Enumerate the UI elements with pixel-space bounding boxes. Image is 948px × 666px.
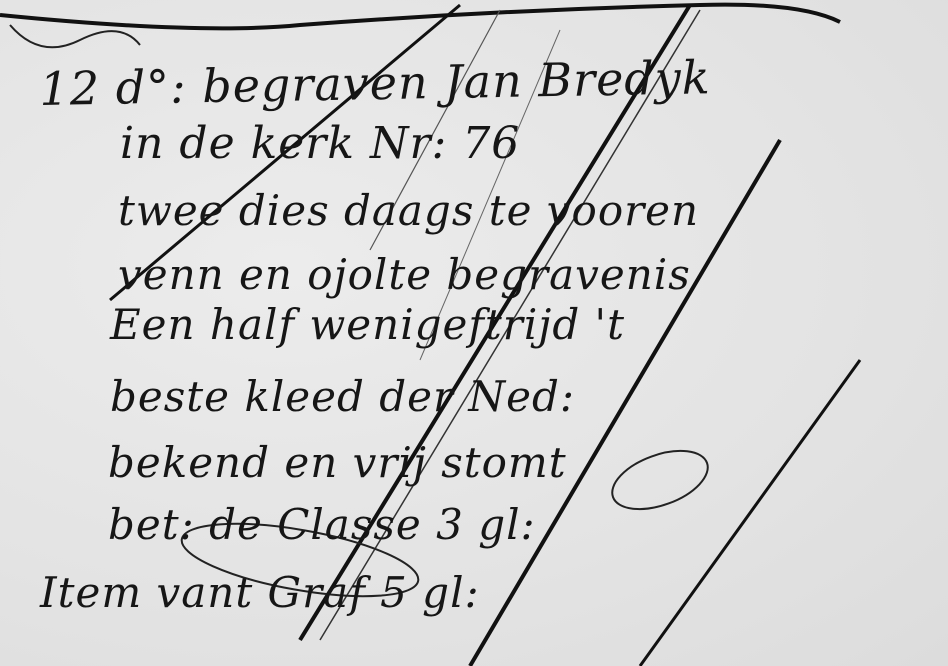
register-line-4: venn en ojolte begravenis xyxy=(118,250,691,299)
register-line-6: beste kleed der Ned: xyxy=(110,372,575,421)
register-line-3: twee dies daags te vooren xyxy=(118,186,699,235)
document-page: 12 d°: begraven Jan Bredyk in de kerk Nr… xyxy=(0,0,948,666)
register-line-9: Item vant Graf 5 gl: xyxy=(40,568,480,617)
register-line-2: in de kerk Nr: 76 xyxy=(120,118,520,169)
register-line-7: bekend en vrij stomt xyxy=(108,438,567,487)
register-line-8: bet: de Classe 3 gl: xyxy=(108,500,536,549)
register-line-5: Een half wenigeftrijd 't xyxy=(110,300,625,349)
